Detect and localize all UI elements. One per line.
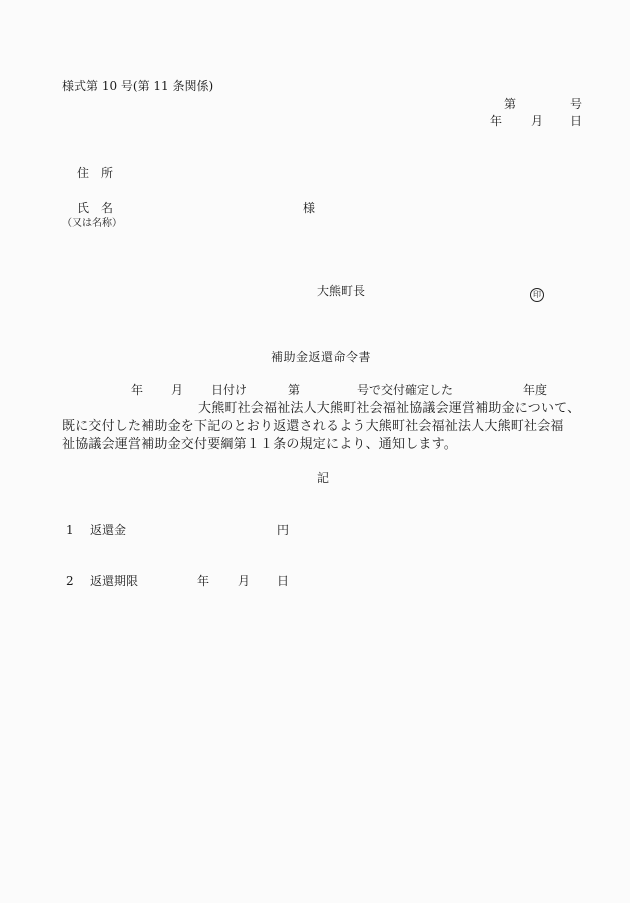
address-label: 住 所 [77,167,113,179]
deadline-day: 日 [277,575,289,587]
body-dai: 第 [288,384,300,396]
body-fiscal-year: 年度 [523,384,547,396]
item-number: 1 [66,524,74,536]
deadline-month: 月 [238,575,250,587]
deadline-year: 年 [197,575,209,587]
seal-icon: 印 [530,288,544,302]
honorific: 様 [303,202,315,214]
body-line-2: 大熊町社会福祉法人大熊町社会福祉協議会運営補助金について、 [198,402,580,415]
body-year: 年 [131,384,143,396]
reference-go: 号 [570,98,582,110]
issuer-title: 大熊町長 [317,285,365,297]
body-dated: 日付け [211,384,247,396]
form-number: 様式第 10 号(第 11 条関係) [62,80,213,92]
date-day: 日 [570,115,582,127]
name-label: 氏 名 [77,202,113,214]
ki-marker: 記 [317,472,329,484]
body-line-4: 祉協議会運営補助金交付要綱第１１条の規定により、通知します。 [62,438,457,451]
reference-dai: 第 [504,98,516,110]
body-confirmed: 号で交付確定した [357,384,453,396]
date-month: 月 [531,115,543,127]
body-month: 月 [171,384,183,396]
name-note: （又は名称） [62,219,122,229]
item-number: 2 [66,575,74,587]
item-label: 返還金 [90,524,126,536]
body-line-3: 既に交付した補助金を下記のとおり返還されるよう大熊町社会福祉法人大熊町社会福 [62,420,564,433]
date-year: 年 [490,115,502,127]
seal-mark: 印 [530,284,544,302]
document-title: 補助金返還命令書 [271,351,371,363]
item-unit: 円 [277,524,289,536]
item-label: 返還期限 [90,575,138,587]
